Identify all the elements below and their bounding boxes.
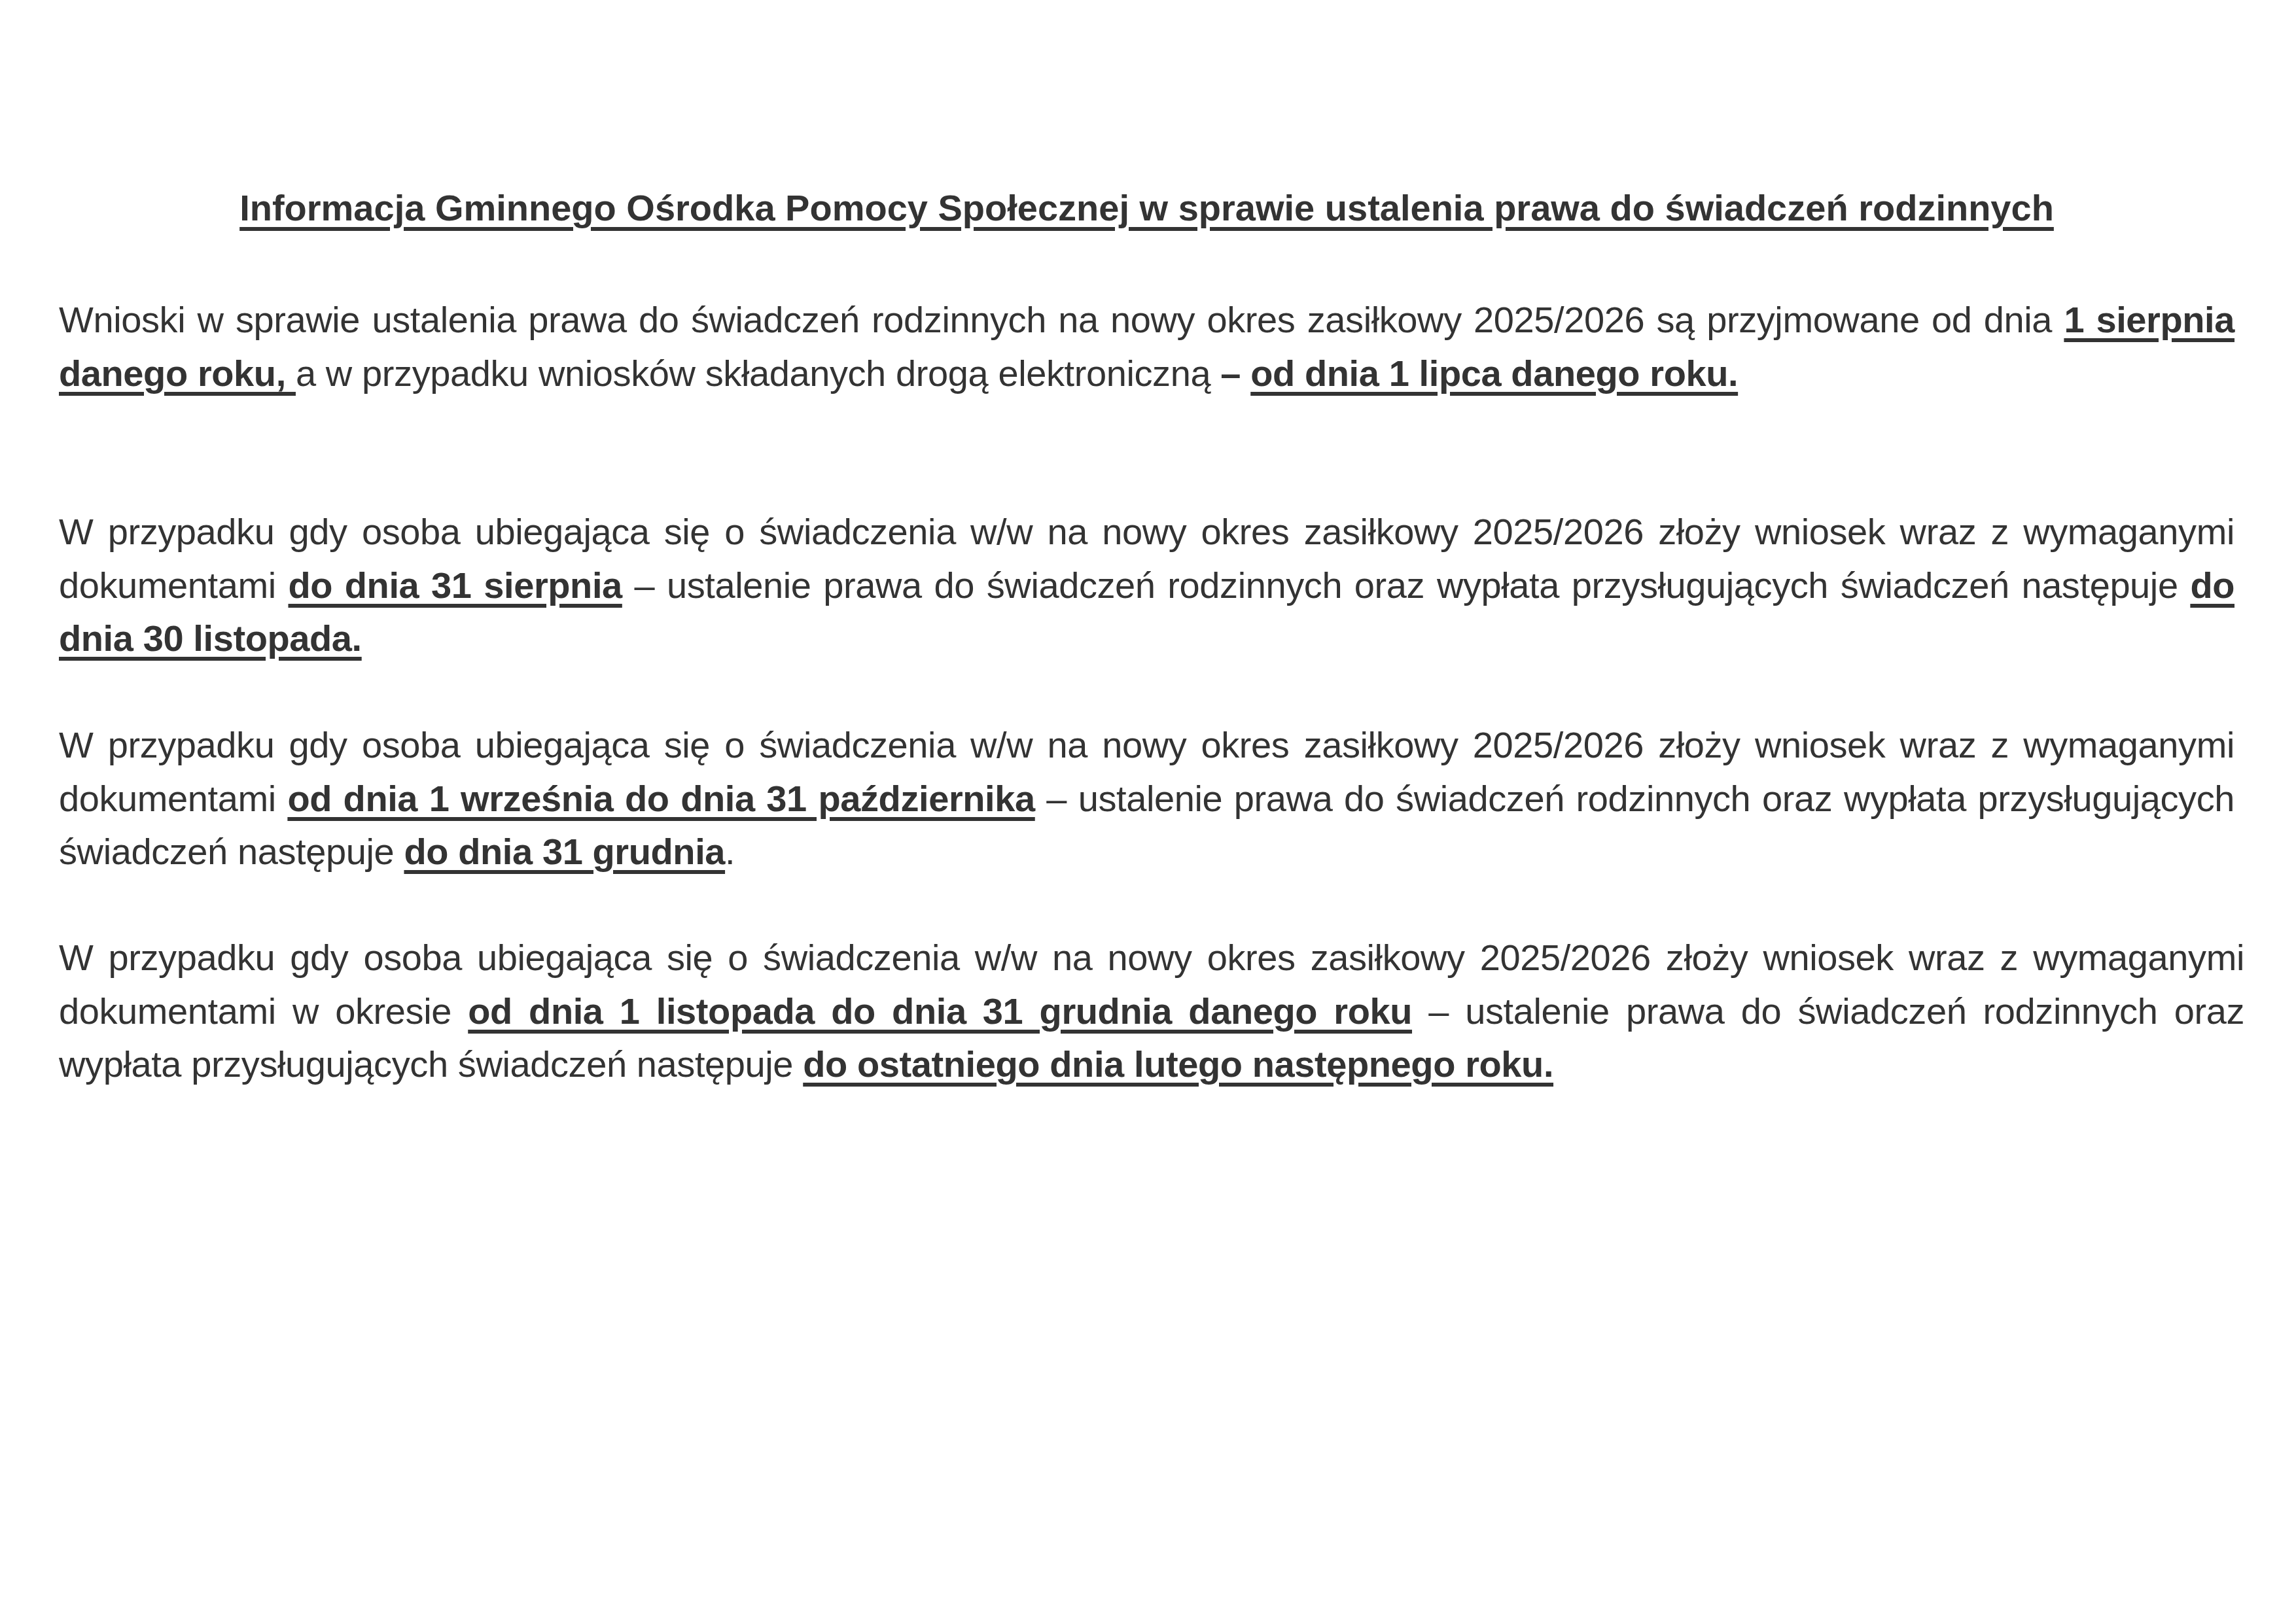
paragraph-deadline-september-october: W przypadku gdy osoba ubiegająca się o ś… — [59, 718, 2234, 879]
document-title-text: Informacja Gminnego Ośrodka Pomocy Społe… — [239, 187, 2054, 228]
paragraph-deadline-august: W przypadku gdy osoba ubiegająca się o ś… — [59, 505, 2234, 665]
emphasized-date-text: od dnia 1 września do dnia 31 październi… — [287, 778, 1034, 819]
paragraph-deadline-november-december: W przypadku gdy osoba ubiegająca się o ś… — [59, 931, 2244, 1091]
emphasized-date-text: do ostatniego dnia lutego następnego rok… — [803, 1043, 1553, 1085]
document-title: Informacja Gminnego Ośrodka Pomocy Społe… — [59, 185, 2234, 231]
paragraph-text: a w przypadku wniosków składanych drogą … — [296, 353, 1220, 394]
paragraph-text: . — [725, 831, 735, 872]
emphasized-date-text: od dnia 1 listopada do dnia 31 grudnia d… — [468, 990, 1412, 1032]
paragraph-text: – — [1220, 353, 1250, 394]
emphasized-date-text: do dnia 31 sierpnia — [288, 565, 622, 606]
emphasized-date-text: od dnia 1 lipca danego roku. — [1250, 353, 1738, 394]
paragraph-text: – ustalenie prawa do świadczeń rodzinnyc… — [622, 565, 2191, 606]
paragraph-text: Wnioski w sprawie ustalenia prawa do świ… — [59, 299, 2064, 340]
paragraph-application-dates: Wnioski w sprawie ustalenia prawa do świ… — [59, 293, 2234, 400]
emphasized-date-text: do dnia 31 grudnia — [404, 831, 725, 872]
